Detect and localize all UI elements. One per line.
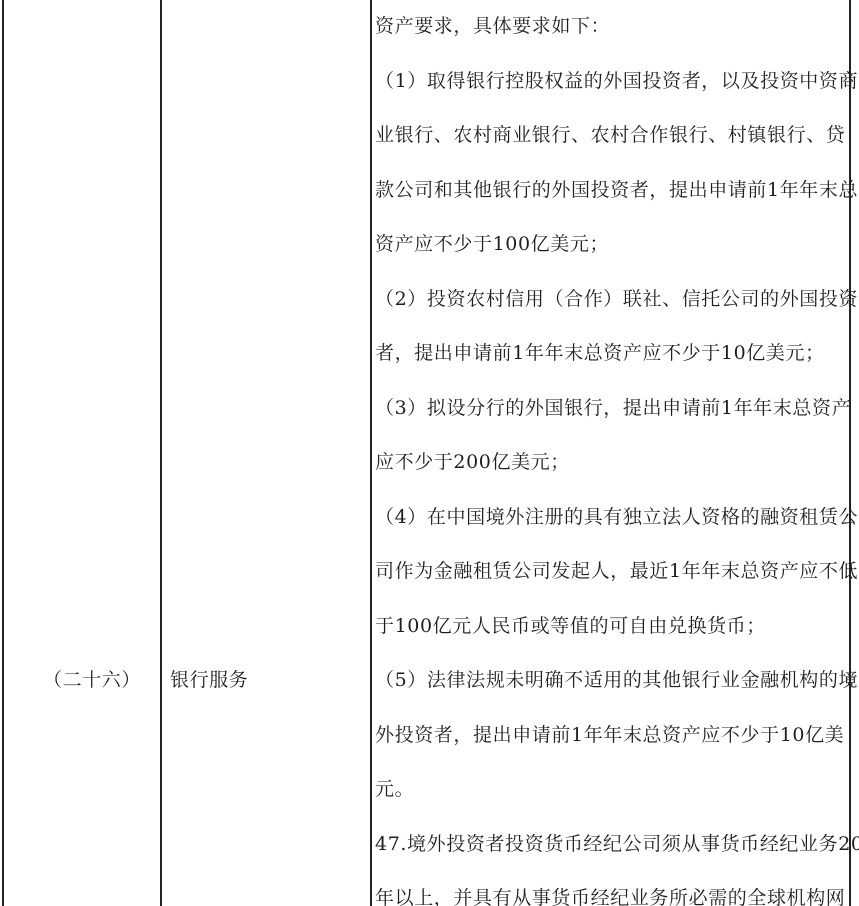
content-text-line: （5）法律法规未明确不适用的其他银行业金融机构的境 xyxy=(375,668,858,692)
content-text-line: （4）在中国境外注册的具有独立法人资格的融资租赁公 xyxy=(375,505,858,529)
content-text-line: 资产要求，具体要求如下： xyxy=(375,14,610,38)
content-text-line: 于100亿元人民币或等值的可自由兑换货币； xyxy=(375,614,766,638)
row-index-cell: （二十六） xyxy=(43,668,141,692)
content-text-line: 47.境外投资者投资货币经纪公司须从事货币经纪业务20 xyxy=(375,832,859,856)
document-page: （二十六） 银行服务 资产要求，具体要求如下： （1）取得银行控股权益的外国投资… xyxy=(0,0,859,906)
content-text-line: （2）投资农村信用（合作）联社、信托公司的外国投资 xyxy=(375,287,858,311)
category-cell: 银行服务 xyxy=(170,668,248,692)
content-text-line: 外投资者，提出申请前1年年末总资产应不少于10亿美 xyxy=(375,723,844,747)
content-text-line: （1）取得银行控股权益的外国投资者，以及投资中资商 xyxy=(375,69,858,93)
table-column-divider-1 xyxy=(160,0,162,906)
table-border-right xyxy=(849,0,851,906)
content-text-line: 年以上，并具有从事货币经纪业务所必需的全球机构网 xyxy=(375,886,845,906)
content-text-line: （3）拟设分行的外国银行，提出申请前1年年末总资产 xyxy=(375,396,851,420)
content-text-line: 款公司和其他银行的外国投资者，提出申请前1年年末总 xyxy=(375,178,858,202)
content-text-line: 应不少于200亿美元； xyxy=(375,450,570,474)
content-text-line: 元。 xyxy=(375,777,414,801)
content-text-line: 司作为金融租赁公司发起人，最近1年年末总资产应不低 xyxy=(375,559,858,583)
content-text-line: 资产应不少于100亿美元； xyxy=(375,232,609,256)
table-border-left xyxy=(2,0,4,906)
content-text-line: 者，提出申请前1年年末总资产应不少于10亿美元； xyxy=(375,341,825,365)
table-column-divider-2 xyxy=(370,0,372,906)
content-text-line: 业银行、农村商业银行、农村合作银行、村镇银行、贷 xyxy=(375,123,845,147)
